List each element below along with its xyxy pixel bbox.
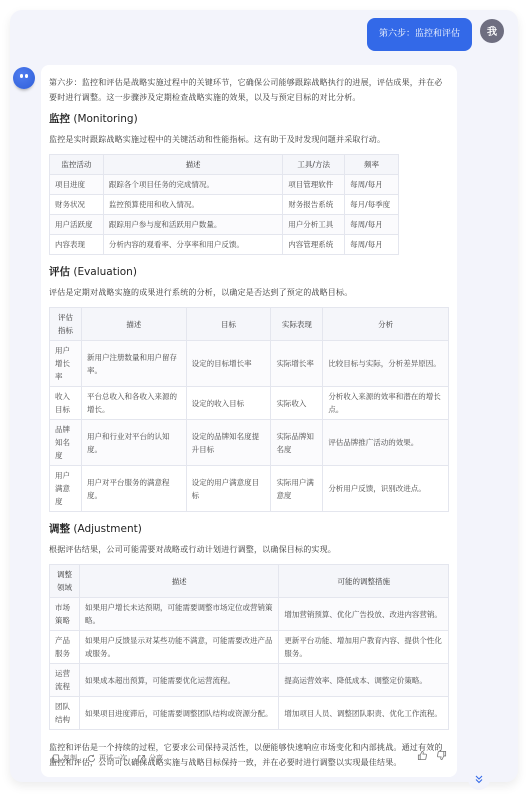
table-cell: 如果项目进度滞后，可能需要调整团队结构或资源分配。 [79,697,278,730]
table-cell: 提高运营效率、降低成本、调整定价策略。 [279,664,449,697]
table-header-cell: 描述 [79,565,278,598]
user-message-bubble: 第六步：监控和评估 [367,18,472,51]
table-cell: 用户分析工具 [283,215,345,235]
table-cell: 比较目标与实际，分析差异原因。 [323,341,449,387]
monitoring-description: 监控是实时跟踪战略实施过程中的关键活动和性能指标。这有助于及时发现问题并采取行动… [49,132,449,147]
bot-eye-right [25,74,28,78]
table-cell: 评估品牌推广活动的效果。 [323,420,449,466]
table-cell: 实际品牌知名度 [271,420,323,466]
table-cell: 用户和行业对平台的认知度。 [81,420,186,466]
table-header-cell: 调整领域 [50,565,80,598]
table-header-cell: 监控活动 [50,155,104,175]
table-cell: 市场策略 [50,598,80,631]
table-row: 产品服务如果用户反馈显示对某些功能不满意，可能需要改进产品或服务。更新平台功能、… [50,631,449,664]
copy-icon [51,754,60,763]
table-cell: 设定的用户满意度目标 [186,466,271,512]
table-cell: 监控预算使用和收入情况。 [103,195,282,215]
user-avatar: 我 [480,19,504,43]
table-header-cell: 频率 [345,155,399,175]
copy-button[interactable]: 复制 [51,751,77,766]
table-header-cell: 目标 [186,308,271,341]
evaluation-description: 评估是定期对战略实施的成果进行系统的分析，以确定是否达到了预定的战略目标。 [49,285,449,300]
table-cell: 如果用户增长未达预期，可能需要调整市场定位或营销策略。 [79,598,278,631]
table-cell: 内容管理系统 [283,235,345,255]
table-cell: 内容表现 [50,235,104,255]
intro-paragraph: 第六步：监控和评估是战略实施过程中的关键环节，它确保公司能够跟踪战略执行的进展，… [49,75,449,105]
table-cell: 如果用户反馈显示对某些功能不满意，可能需要改进产品或服务。 [79,631,278,664]
table-cell: 每月/每季度 [345,195,399,215]
double-chevron-down-icon [474,774,484,784]
table-cell: 设定的收入目标 [186,387,271,420]
table-header-cell: 可能的调整措施 [279,565,449,598]
table-cell: 更新平台功能、增加用户教育内容、提供个性化服务。 [279,631,449,664]
table-header-row: 调整领域描述可能的调整措施 [50,565,449,598]
table-row: 内容表现分析内容的观看率、分享率和用户反馈。内容管理系统每周/每月 [50,235,399,255]
thumbs-down-icon [436,750,447,761]
table-cell: 跟踪用户参与度和活跃用户数量。 [103,215,282,235]
table-cell: 如果成本超出预算，可能需要优化运营流程。 [79,664,278,697]
adjustment-table: 调整领域描述可能的调整措施市场策略如果用户增长未达预期，可能需要调整市场定位或营… [49,564,449,730]
table-row: 财务状况监控预算使用和收入情况。财务报告系统每月/每季度 [50,195,399,215]
evaluation-heading: 评估 (Evaluation) [49,265,449,279]
table-cell: 团队结构 [50,697,80,730]
table-row: 品牌知名度用户和行业对平台的认知度。设定的品牌知名度提升目标实际品牌知名度评估品… [50,420,449,466]
table-cell: 每周/每月 [345,215,399,235]
table-cell: 跟踪各个项目任务的完成情况。 [103,175,282,195]
table-cell: 分析内容的观看率、分享率和用户反馈。 [103,235,282,255]
table-cell: 项目管理软件 [283,175,345,195]
adjustment-description: 根据评估结果，公司可能需要对战略或行动计划进行调整，以确保目标的实现。 [49,542,449,557]
table-row: 用户活跃度跟踪用户参与度和活跃用户数量。用户分析工具每周/每月 [50,215,399,235]
table-header-cell: 分析 [323,308,449,341]
bot-eye-left [20,74,23,78]
table-cell: 产品服务 [50,631,80,664]
evaluation-table: 评估指标描述目标实际表现分析用户增长率新用户注册数量和用户留存率。设定的目标增长… [49,307,449,512]
table-cell: 设定的品牌知名度提升目标 [186,420,271,466]
thumbs-up-icon [417,750,428,761]
table-cell: 财务报告系统 [283,195,345,215]
table-cell: 用户活跃度 [50,215,104,235]
table-row: 运营流程如果成本超出预算，可能需要优化运营流程。提高运营效率、降低成本、调整定价… [50,664,449,697]
table-cell: 收入目标 [50,387,82,420]
table-row: 项目进度跟踪各个项目任务的完成情况。项目管理软件每周/每月 [50,175,399,195]
table-header-cell: 评估指标 [50,308,82,341]
table-header-cell: 描述 [103,155,282,175]
table-cell: 每周/每月 [345,175,399,195]
table-cell: 实际用户满意度 [271,466,323,512]
table-cell: 设定的目标增长率 [186,341,271,387]
table-row: 市场策略如果用户增长未达预期，可能需要调整市场定位或营销策略。增加营销预算、优化… [50,598,449,631]
table-cell: 用户对平台服务的满意程度。 [81,466,186,512]
refresh-icon [87,754,96,763]
table-row: 用户增长率新用户注册数量和用户留存率。设定的目标增长率实际增长率比较目标与实际，… [50,341,449,387]
table-cell: 每周/每月 [345,235,399,255]
share-button[interactable]: 分享 [137,751,163,766]
monitoring-table: 监控活动描述工具/方法频率项目进度跟踪各个项目任务的完成情况。项目管理软件每周/… [49,154,399,255]
thumbs-up-button[interactable] [417,750,428,767]
table-header-row: 监控活动描述工具/方法频率 [50,155,399,175]
table-cell: 新用户注册数量和用户留存率。 [81,341,186,387]
table-cell: 分析收入来源的效率和潜在的增长点。 [323,387,449,420]
table-cell: 用户满意度 [50,466,82,512]
bot-message-bubble: 第六步：监控和评估是战略实施过程中的关键环节，它确保公司能够跟踪战略执行的进展，… [41,65,457,777]
share-icon [137,754,146,763]
monitoring-heading: 监控 (Monitoring) [49,112,449,126]
table-row: 用户满意度用户对平台服务的满意程度。设定的用户满意度目标实际用户满意度分析用户反… [50,466,449,512]
table-header-cell: 工具/方法 [283,155,345,175]
adjustment-heading: 调整 (Adjustment) [49,522,449,536]
table-header-cell: 实际表现 [271,308,323,341]
table-cell: 项目进度 [50,175,104,195]
table-cell: 品牌知名度 [50,420,82,466]
retry-button[interactable]: 再试一次 [87,751,127,766]
bot-avatar-icon [13,67,35,89]
table-cell: 用户增长率 [50,341,82,387]
table-row: 团队结构如果项目进度滞后，可能需要调整团队结构或资源分配。增加项目人员、调整团队… [50,697,449,730]
scroll-to-bottom-button[interactable] [468,768,490,790]
table-cell: 分析用户反馈，识别改进点。 [323,466,449,512]
table-cell: 增加营销预算、优化广告投放、改进内容营销。 [279,598,449,631]
table-cell: 平台总收入和各收入来源的增长。 [81,387,186,420]
table-cell: 财务状况 [50,195,104,215]
table-cell: 增加项目人员、调整团队职责、优化工作流程。 [279,697,449,730]
message-actions: 复制 再试一次 分享 [51,750,447,767]
table-header-row: 评估指标描述目标实际表现分析 [50,308,449,341]
table-header-cell: 描述 [81,308,186,341]
thumbs-down-button[interactable] [436,750,447,767]
table-cell: 实际收入 [271,387,323,420]
table-cell: 运营流程 [50,664,80,697]
table-cell: 实际增长率 [271,341,323,387]
user-message-row: 第六步：监控和评估 我 [367,18,504,51]
table-row: 收入目标平台总收入和各收入来源的增长。设定的收入目标实际收入分析收入来源的效率和… [50,387,449,420]
